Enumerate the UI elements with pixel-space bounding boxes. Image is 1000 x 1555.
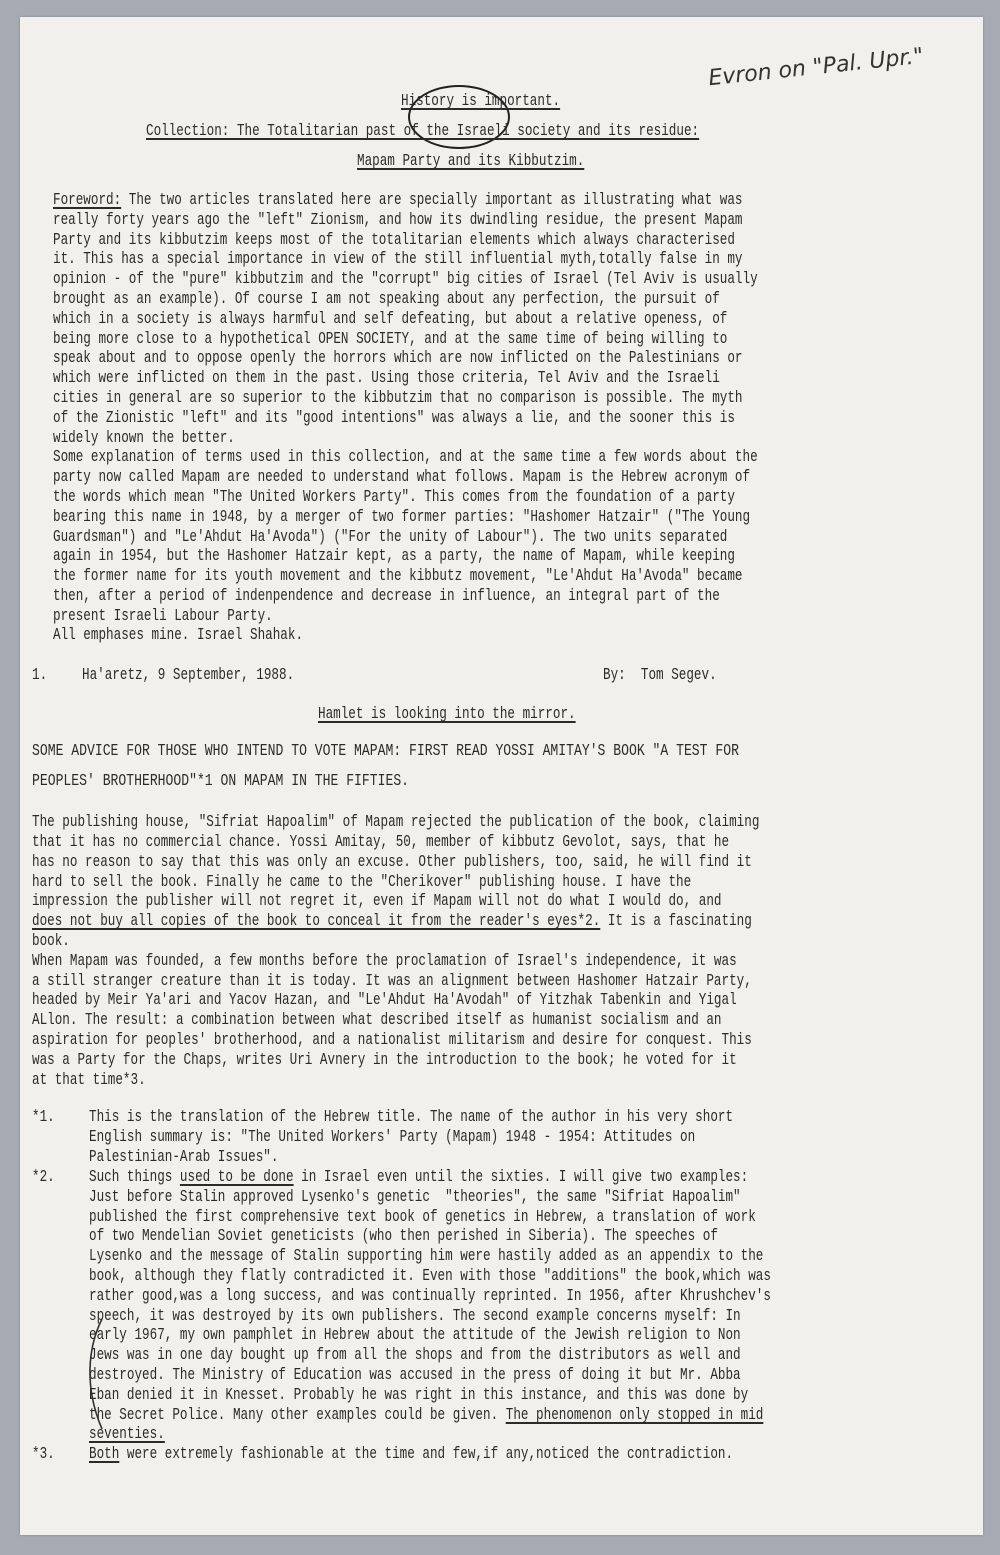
article-lead: PEOPLES' BROTHERHOOD"*1 ON MAPAM IN THE … — [32, 772, 409, 792]
signature-line: All emphases mine. Israel Shahak. — [53, 625, 303, 645]
footnote-line: This is the translation of the Hebrew ti… — [89, 1107, 733, 1127]
foreword-line: Foreword: The two articles translated he… — [53, 190, 743, 210]
footnote-mark: *3. — [32, 1444, 55, 1464]
footnote-mark: *1. — [32, 1107, 55, 1127]
explanation-line: the words which mean "The United Workers… — [53, 487, 735, 507]
article-paragraph-line: at that time*3. — [32, 1070, 146, 1090]
article-paragraph-line: does not buy all copies of the book to c… — [32, 911, 752, 931]
article-paragraph-line: impression the publisher will not regret… — [32, 891, 722, 911]
explanation-line: bearing this name in 1948, by a merger o… — [53, 507, 750, 527]
article-paragraph-line: When Mapam was founded, a few months bef… — [32, 951, 737, 971]
emphasis-underline: Both — [89, 1445, 119, 1463]
article-paragraph-line: has no reason to say that this was only … — [32, 852, 752, 872]
foreword-line: being more close to a hypothetical OPEN … — [53, 329, 727, 349]
handwritten-note: Evron on "Pal. Upr." — [707, 44, 924, 91]
article-paragraph-line: was a Party for the Chaps, writes Uri Av… — [32, 1050, 737, 1070]
emphasis-underline: The phenomenon only stopped in mid — [506, 1406, 764, 1424]
footnote-line: of two Mendelian Soviet geneticists (who… — [89, 1226, 718, 1246]
footnote-line: destroyed. The Ministry of Education was… — [89, 1365, 741, 1385]
explanation-line: Some explanation of terms used in this c… — [53, 447, 758, 467]
article-paragraph-line: that it has no commercial chance. Yossi … — [32, 832, 729, 852]
typewritten-text: Evron on "Pal. Upr." History is importan… — [20, 17, 983, 1535]
article-paragraph-line: ALlon. The result: a combination between… — [32, 1010, 722, 1030]
explanation-line: then, after a period of indenpendence an… — [53, 586, 720, 606]
explanation-line: present Israeli Labour Party. — [53, 606, 273, 626]
footnote-mark: *2. — [32, 1167, 55, 1187]
handwritten-bracket-mark — [80, 1317, 130, 1437]
footnote-line: the Secret Police. Many other examples c… — [89, 1405, 763, 1425]
article-paragraph-line: aspiration for peoples' brotherhood, and… — [32, 1030, 752, 1050]
foreword-line: it. This has a special importance in vie… — [53, 249, 743, 269]
foreword-label: Foreword: — [53, 191, 121, 209]
foreword-line: which were inflicted on them in the past… — [53, 368, 720, 388]
article-byline: By: Tom Segev. — [603, 665, 717, 685]
footnote-line: published the first comprehensive text b… — [89, 1207, 756, 1227]
footnote-line: speech, it was destroyed by its own publ… — [89, 1306, 741, 1326]
foreword-line: Party and its kibbutzim keeps most of th… — [53, 230, 735, 250]
article-paragraph-line: headed by Meir Ya'ari and Yacov Hazan, a… — [32, 990, 737, 1010]
footnote-line: Palestinian-Arab Issues". — [89, 1147, 278, 1167]
emphasis-underline: used to be done — [180, 1168, 294, 1186]
footnote-line: Lysenko and the message of Stalin suppor… — [89, 1246, 763, 1266]
foreword-line: brought as an example). Of course I am n… — [53, 289, 720, 309]
article-lead: SOME ADVICE FOR THOSE WHO INTEND TO VOTE… — [32, 742, 739, 762]
foreword-line: widely known the better. — [53, 428, 235, 448]
collection-heading: Collection: The Totalitarian past of the… — [146, 121, 699, 141]
explanation-line: Guardsman") and "Le'Ahdut Ha'Avoda") ("F… — [53, 527, 727, 547]
article-headline: Hamlet is looking into the mirror. — [318, 704, 576, 724]
explanation-line: the former name for its youth movement a… — [53, 566, 743, 586]
article-number: 1. — [32, 665, 47, 685]
footnote-line: Both were extremely fashionable at the t… — [89, 1444, 733, 1464]
foreword-line: speak about and to oppose openly the hor… — [53, 348, 743, 368]
article-source: Ha'aretz, 9 September, 1988. — [82, 665, 294, 685]
article-paragraph-line: The publishing house, "Sifriat Hapoalim"… — [32, 812, 759, 832]
footnote-line: book, although they flatly contradicted … — [89, 1266, 771, 1286]
footnote-line: Just before Stalin approved Lysenko's ge… — [89, 1187, 741, 1207]
collection-subtitle: Mapam Party and its Kibbutzim. — [357, 151, 584, 171]
foreword-line: cities in general are so superior to the… — [53, 388, 743, 408]
footnote-line: Such things used to be done in Israel ev… — [89, 1167, 748, 1187]
footnote-line: English summary is: "The United Workers'… — [89, 1127, 695, 1147]
article-paragraph-line: a still stranger creature than it is tod… — [32, 971, 752, 991]
foreword-line: really forty years ago the "left" Zionis… — [53, 210, 743, 230]
footnote-line: early 1967, my own pamphlet in Hebrew ab… — [89, 1325, 741, 1345]
article-paragraph-line: book. — [32, 931, 70, 951]
foreword-line: opinion - of the "pure" kibbutzim and th… — [53, 269, 758, 289]
article-paragraph-line: hard to sell the book. Finally he came t… — [32, 872, 691, 892]
document-title: History is important. — [401, 91, 560, 111]
explanation-line: again in 1954, but the Hashomer Hatzair … — [53, 546, 735, 566]
document-page: Evron on "Pal. Upr." History is importan… — [20, 17, 983, 1535]
foreword-line: of the Zionistic "left" and its "good in… — [53, 408, 735, 428]
footnote-line: Eban denied it in Knesset. Probably he w… — [89, 1385, 748, 1405]
emphasis-underline: does not buy all copies of the book to c… — [32, 912, 600, 930]
explanation-line: party now called Mapam are needed to und… — [53, 467, 750, 487]
footnote-line: Jews was in one day bought up from all t… — [89, 1345, 741, 1365]
footnote-line: rather good,was a long success, and was … — [89, 1286, 771, 1306]
foreword-line: which in a society is always harmful and… — [53, 309, 727, 329]
